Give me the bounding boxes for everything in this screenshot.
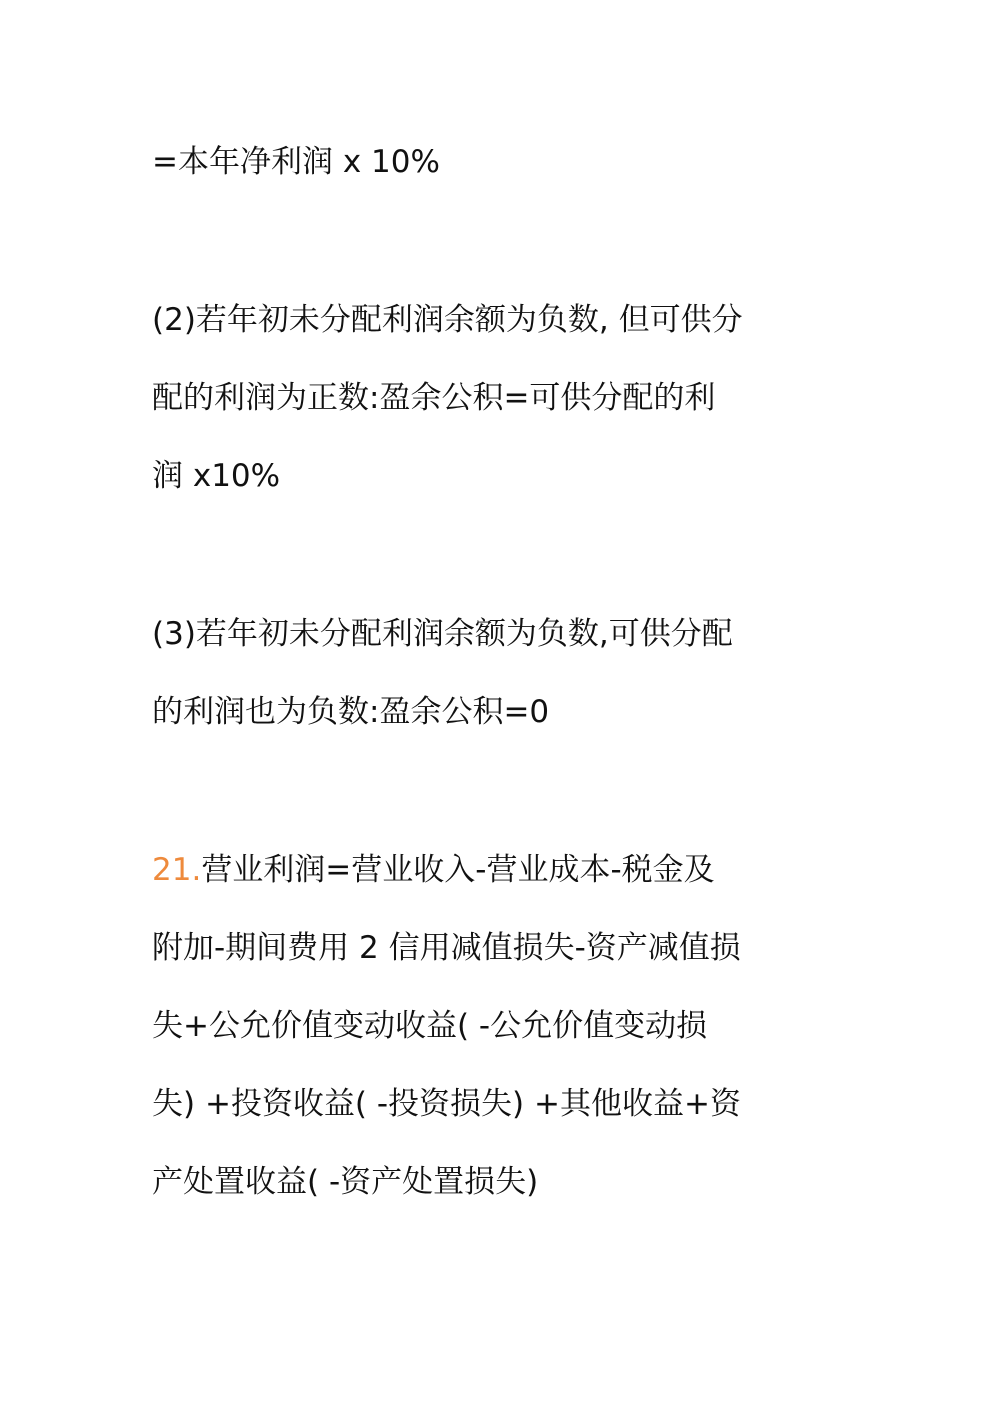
- text-line: (2)若年初未分配利润余额为负数, 但可供分: [152, 300, 743, 340]
- text-line: 产处置收益( -资产处置损失): [152, 1162, 538, 1202]
- text-line: 的利润也为负数:盈余公积=0: [152, 692, 549, 732]
- text-line: 配的利润为正数:盈余公积=可供分配的利: [152, 378, 715, 418]
- text-line: 失) +投资收益( -投资损失) +其他收益+资: [152, 1084, 741, 1124]
- text-line: 21.营业利润=营业收入-营业成本-税金及: [152, 850, 715, 890]
- text-line: 附加-期间费用 2 信用减值损失-资产减值损: [152, 928, 741, 968]
- formula-line: =本年净利润 x 10%: [152, 142, 440, 182]
- item-text: 营业利润=营业收入-营业成本-税金及: [201, 852, 714, 888]
- text-line: (3)若年初未分配利润余额为负数,可供分配: [152, 614, 733, 654]
- text-line: 润 x10%: [152, 456, 280, 496]
- item-number: 21.: [152, 852, 201, 888]
- text-line: 失+公允价值变动收益( -公允价值变动损: [152, 1006, 707, 1046]
